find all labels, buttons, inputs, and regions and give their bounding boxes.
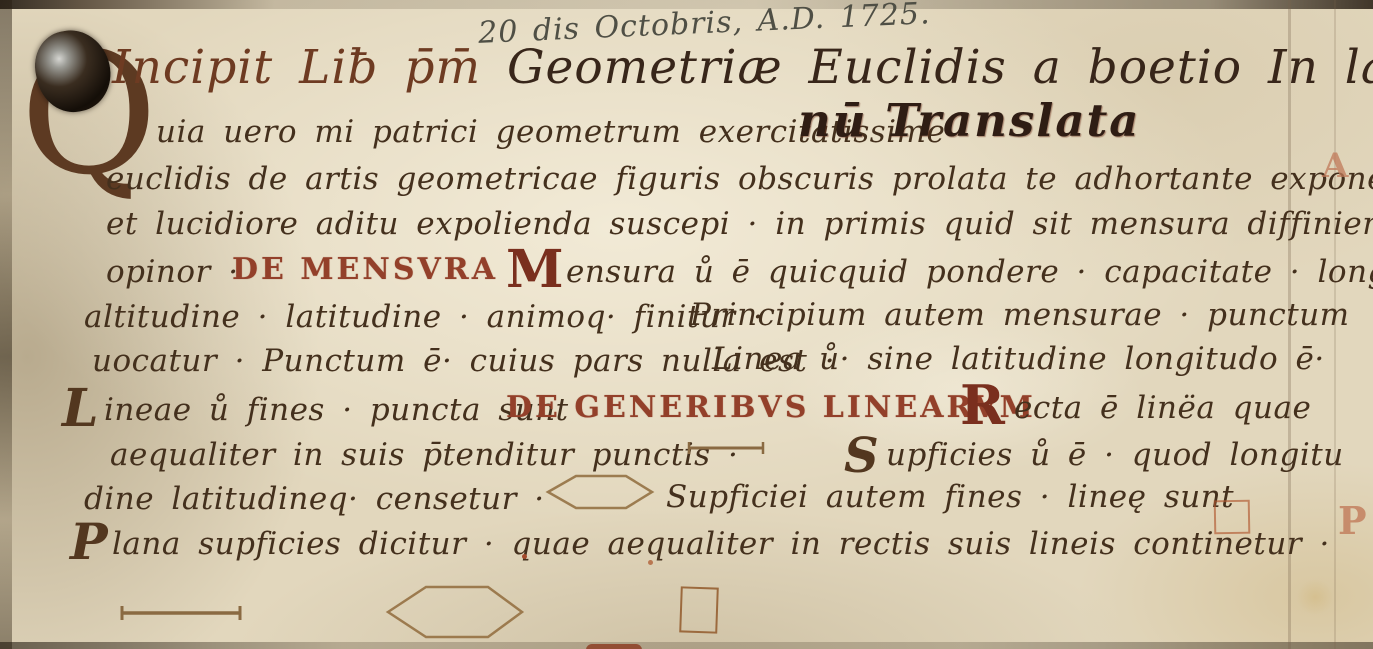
text-line-3: euclidis de artis geometricae figuris ob… bbox=[106, 161, 1373, 197]
text-line-6-right: Principium autem mensurae · punctum bbox=[690, 297, 1350, 333]
hexagon-figure bbox=[384, 582, 526, 642]
margin-letter-a: A bbox=[1322, 146, 1348, 186]
text-line-5-opinor: opinor · bbox=[106, 254, 239, 290]
text-line-4: et lucidiore aditu expolienda suscepi · … bbox=[106, 206, 1373, 242]
red-ink-dot bbox=[522, 554, 527, 559]
text-line-5-mensura: ensura ů ē quicquid pondere · capacitate… bbox=[566, 254, 1373, 290]
rubric-de-generibus-linearum: DE GENERIBVS LINEARVM bbox=[506, 390, 1036, 425]
title-incipit-words: Incipit Liƀ p̄m̄ bbox=[112, 40, 481, 95]
initial-letter-p: P bbox=[70, 512, 108, 571]
title-continuation-translata: nū Translata bbox=[798, 94, 1140, 147]
initial-letter-r: R bbox=[960, 378, 1005, 432]
red-ink-fragment bbox=[586, 644, 642, 649]
manuscript-page: 20 dis Octobris, A.D. 1725. Q Incipit Li… bbox=[0, 0, 1373, 649]
text-line-9-right: upficies ů ē · quod longitu bbox=[886, 437, 1344, 473]
page-bottom-edge-shadow bbox=[0, 642, 1373, 649]
title-main-words: Geometriæ Euclidis a boetio In lati bbox=[507, 40, 1373, 95]
margin-letter-p: P bbox=[1338, 498, 1367, 543]
parchment-stain bbox=[1295, 580, 1335, 614]
text-line-8-left: ineae ů fines · puncta sunt bbox=[104, 392, 569, 428]
text-line-7-right: Linea ů· sine latitudine longitudo ē· bbox=[712, 341, 1325, 377]
square-figure bbox=[679, 586, 719, 633]
text-line-10-right: Supficiei autem fines · lineę sunt bbox=[666, 479, 1234, 515]
hexagon-figure bbox=[544, 472, 656, 512]
line-segment-figure bbox=[118, 603, 244, 623]
text-line-8-right: ecta ē linëa quae bbox=[1014, 390, 1311, 426]
red-ink-dot bbox=[648, 560, 653, 565]
initial-letter-s: S bbox=[844, 428, 879, 484]
rubric-de-mensura: DE MENSVRA bbox=[232, 252, 498, 287]
text-line-6-left: altitudine · latitudine · animoq· finitu… bbox=[84, 299, 763, 335]
incipit-title-line: Incipit Liƀ p̄m̄ Geometriæ Euclidis a bo… bbox=[112, 40, 1373, 95]
page-left-edge-shadow bbox=[0, 0, 12, 649]
initial-letter-m: M bbox=[506, 244, 564, 296]
text-line-10-left: dine latitudineq· censetur · bbox=[84, 481, 545, 517]
text-line-11: lana supficies dicitur · quae aequaliter… bbox=[112, 526, 1330, 562]
initial-letter-l: L bbox=[62, 378, 99, 439]
line-segment-figure bbox=[686, 440, 766, 456]
text-line-9-left: aequaliter in suis p̄tenditur punctis · bbox=[110, 437, 738, 473]
